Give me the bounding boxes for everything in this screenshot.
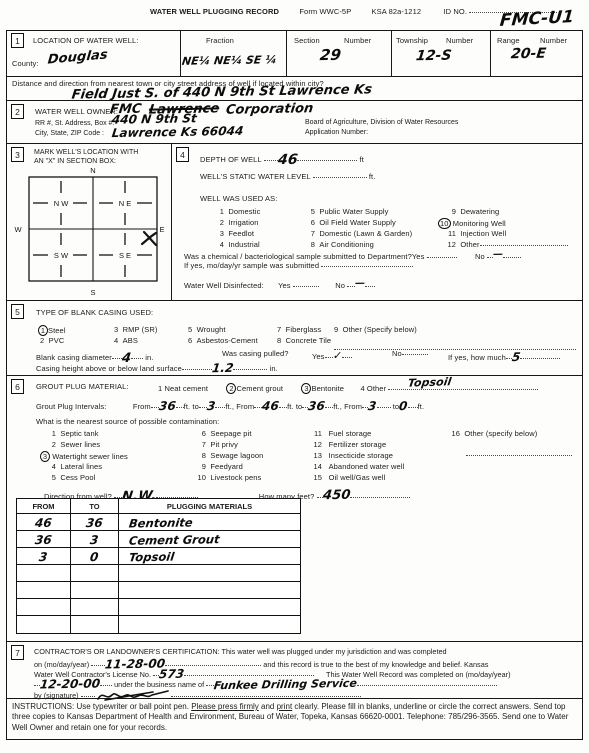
compass-west-label: W bbox=[14, 225, 22, 234]
how-much-value: 5 bbox=[511, 351, 521, 363]
contam-num: 16 bbox=[444, 430, 460, 439]
section1-title: LOCATION OF WATER WELL: bbox=[33, 37, 139, 46]
casing-label: ABS bbox=[123, 336, 138, 345]
fraction-label: Fraction bbox=[206, 37, 234, 46]
grout-intervals-line: Grout Plug Intervals: From36ft. to3ft., … bbox=[36, 399, 424, 412]
cell-from: 3 bbox=[39, 551, 49, 563]
depth-label: DEPTH OF WELL bbox=[200, 155, 261, 164]
address-value: 440 N 9th St bbox=[111, 112, 197, 125]
interval2-to: 36 bbox=[308, 400, 326, 412]
contam-num: 2 bbox=[44, 441, 56, 450]
casing-num: 6 bbox=[188, 336, 192, 345]
contam-num: 8 bbox=[192, 452, 206, 461]
casing-label: Steel bbox=[48, 326, 66, 335]
id-no-handwritten-value: FMC-U1 bbox=[499, 9, 575, 30]
contam-num: 13 bbox=[306, 452, 322, 461]
casing-num: 5 bbox=[188, 325, 192, 334]
disinfected-yes-label: Yes bbox=[278, 281, 291, 290]
plugging-materials-table: FROM TO PLUGGING MATERIALS 46 36 Bentoni… bbox=[16, 498, 301, 634]
casing-num: 2 bbox=[40, 336, 44, 345]
static-level-label: WELL'S STATIC WATER LEVEL bbox=[200, 172, 310, 181]
ft-word: ft. bbox=[184, 402, 191, 411]
contam-label: Feedyard bbox=[210, 462, 243, 471]
section5-title: TYPE OF BLANK CASING USED: bbox=[36, 309, 153, 318]
cell-to: 36 bbox=[85, 517, 103, 529]
contam-label: Insecticide storage bbox=[329, 451, 393, 460]
contam-label: Fertilizer storage bbox=[329, 440, 387, 449]
contam-num: 1 bbox=[44, 430, 56, 439]
how-much-line: If yes, how much5 bbox=[448, 350, 560, 363]
cell-material: Topsoil bbox=[128, 552, 175, 564]
material-num-circled: 2 bbox=[226, 383, 236, 394]
cell-to: 0 bbox=[90, 551, 100, 563]
range-value: 20-E bbox=[510, 47, 547, 62]
dotted-line bbox=[131, 356, 143, 359]
contam-label: Abandoned water well bbox=[329, 462, 405, 471]
contam-num-circled: 3 bbox=[40, 451, 50, 462]
dotted-line bbox=[408, 405, 418, 408]
compass-south-label: S bbox=[90, 288, 95, 297]
material-num: 1 bbox=[158, 384, 162, 393]
section1-number-box: 1 bbox=[11, 33, 24, 48]
material-label: Other bbox=[367, 384, 386, 393]
interval3-to: 0 bbox=[398, 400, 408, 412]
material-label: Neat cement bbox=[164, 384, 208, 393]
statute-number: KSA 82a-1212 bbox=[372, 7, 422, 16]
dotted-line bbox=[91, 663, 105, 666]
use-label: Feedlot bbox=[228, 229, 254, 238]
use-label: Public Water Supply bbox=[319, 207, 388, 216]
contam-label: Sewer lines bbox=[60, 440, 100, 449]
use-num: 3 bbox=[212, 230, 224, 239]
divider bbox=[391, 31, 392, 76]
dotted-line bbox=[182, 367, 212, 370]
contam-label: Other (specify below) bbox=[464, 429, 537, 438]
compass-east-label: E bbox=[159, 225, 164, 234]
township-value: 12-S bbox=[415, 49, 452, 64]
dotted-line bbox=[293, 284, 319, 287]
owner-label: WATER WELL OWNER: bbox=[35, 108, 118, 117]
cell-material: Cement Grout bbox=[128, 534, 220, 547]
table-row bbox=[17, 599, 300, 616]
from-word: From bbox=[236, 402, 254, 411]
disinfected-line: Water Well Disinfected: Yes No — bbox=[184, 281, 375, 291]
depth-unit: ft bbox=[360, 155, 364, 164]
contam-num: 6 bbox=[192, 430, 206, 439]
county-label: County: bbox=[12, 60, 39, 69]
depth-of-well-line: DEPTH OF WELL 46 ft bbox=[200, 151, 364, 165]
use-label: Oil Field Water Supply bbox=[319, 218, 396, 227]
disinfected-no-label: No bbox=[335, 281, 345, 290]
ft-comma-word: ft., bbox=[225, 402, 234, 411]
interval1-to: 3 bbox=[206, 400, 216, 412]
use-num: 7 bbox=[303, 230, 315, 239]
sample-question-label: Was a chemical / bacteriological sample … bbox=[184, 252, 424, 261]
range-number-label: Number bbox=[540, 37, 567, 46]
section-number-label: Number bbox=[344, 37, 371, 46]
interval2-from: 46 bbox=[261, 400, 279, 412]
board-of-agriculture-label: Board of Agriculture, Division of Water … bbox=[305, 119, 458, 127]
use-label: Irrigation bbox=[228, 218, 258, 227]
quadrant-nw-label: N W bbox=[54, 199, 70, 208]
casing-num: 3 bbox=[114, 325, 118, 334]
dotted-line bbox=[199, 405, 207, 408]
yes-checkmark: ✓ bbox=[332, 350, 343, 361]
dotted-line bbox=[325, 405, 333, 408]
depth-value: 46 bbox=[277, 153, 298, 167]
section7-number-box: 7 bbox=[11, 645, 24, 660]
sample-no-handwritten-mark: — bbox=[492, 250, 503, 260]
dotted-line bbox=[357, 683, 497, 686]
dotted-line bbox=[503, 255, 521, 258]
dotted-line bbox=[297, 158, 357, 161]
dotted-line bbox=[325, 355, 333, 358]
interval3-from: 3 bbox=[367, 400, 377, 412]
use-label: Domestic bbox=[228, 207, 260, 216]
casing-num: 4 bbox=[114, 336, 118, 345]
contam-label: Cess Pool bbox=[60, 473, 95, 482]
contam-num: 10 bbox=[192, 474, 206, 483]
section2-number-box: 2 bbox=[11, 104, 24, 119]
table-row bbox=[17, 565, 300, 582]
contam-label: Septic tank bbox=[60, 429, 98, 438]
section-location-grid: N S W E N W N E S W S E bbox=[8, 164, 166, 298]
table-header-row: FROM TO PLUGGING MATERIALS bbox=[17, 499, 300, 514]
dotted-line bbox=[215, 405, 225, 408]
material-label: Bentonite bbox=[311, 384, 344, 393]
use-num: 5 bbox=[303, 208, 315, 217]
section3-number-box: 3 bbox=[11, 147, 24, 162]
dotted-line bbox=[81, 694, 95, 697]
dotted-line bbox=[171, 694, 361, 697]
contam-num: 5 bbox=[44, 474, 56, 483]
casing-num: 9 bbox=[334, 325, 338, 334]
contam-num: 15 bbox=[306, 474, 322, 483]
contam-label: Lateral lines bbox=[60, 462, 102, 471]
use-label: Dewatering bbox=[460, 207, 499, 216]
casing-label: RMP (SR) bbox=[123, 325, 158, 334]
casing-num: 7 bbox=[277, 325, 281, 334]
contam-num: 9 bbox=[192, 463, 206, 472]
casing-label: Concrete Tile bbox=[286, 336, 332, 345]
id-no-label: ID NO. bbox=[444, 7, 468, 16]
use-num: 11 bbox=[438, 230, 456, 239]
instructions-part2: and bbox=[261, 702, 274, 711]
how-much-label: If yes, how much bbox=[448, 353, 506, 362]
instructions-part1: Use typewriter or ball point pen. bbox=[76, 702, 189, 711]
use-num: 12 bbox=[438, 241, 456, 250]
table-row: 36 3 Cement Grout bbox=[17, 531, 300, 548]
static-level-unit: ft. bbox=[369, 172, 376, 181]
section6-number-box: 6 bbox=[11, 379, 24, 394]
application-number-label: Application Number: bbox=[305, 129, 368, 137]
casing-pulled-label: Was casing pulled? bbox=[222, 350, 289, 359]
contam-num: 7 bbox=[192, 441, 206, 450]
dotted-line bbox=[342, 355, 352, 358]
contam-num: 11 bbox=[306, 430, 322, 439]
address-label: RR #, St. Address, Box #: bbox=[35, 120, 114, 128]
divider bbox=[171, 144, 172, 300]
city-value: Lawrence Ks 66044 bbox=[111, 125, 244, 139]
divider bbox=[180, 31, 181, 76]
table-row: 46 36 Bentonite bbox=[17, 514, 300, 531]
form-title: WATER WELL PLUGGING RECORD bbox=[150, 7, 279, 16]
contam-num: 14 bbox=[306, 463, 322, 472]
casing-label: PVC bbox=[49, 336, 65, 345]
certification-line1: CONTRACTOR'S OR LANDOWNER'S CERTIFICATIO… bbox=[34, 647, 447, 656]
ft-word: ft. bbox=[287, 402, 294, 411]
disinfected-no-handwritten-mark: — bbox=[355, 279, 366, 289]
dotted-line bbox=[466, 453, 572, 456]
section-label: Section bbox=[294, 37, 320, 46]
instructions-underline2: print bbox=[277, 702, 293, 711]
static-water-level-line: WELL'S STATIC WATER LEVEL ft. bbox=[200, 173, 375, 182]
col-header-from: FROM bbox=[17, 499, 71, 514]
interval1-from: 36 bbox=[158, 400, 176, 412]
contam-label: Fuel storage bbox=[329, 429, 372, 438]
range-label: Range bbox=[497, 37, 520, 46]
dotted-line bbox=[350, 495, 410, 498]
use-num: 4 bbox=[212, 241, 224, 250]
use-num: 8 bbox=[303, 241, 315, 250]
dotted-line bbox=[279, 405, 287, 408]
dotted-line bbox=[313, 175, 367, 178]
contam-label: Pit privy bbox=[210, 440, 238, 449]
from-word: From bbox=[133, 402, 151, 411]
use-label: Industrial bbox=[228, 240, 259, 249]
quadrant-ne-label: N E bbox=[119, 199, 132, 208]
no-label: No bbox=[392, 349, 402, 358]
township-number-label: Number bbox=[446, 37, 473, 46]
height-unit: in. bbox=[270, 364, 278, 373]
quadrant-sw-label: S W bbox=[54, 251, 69, 260]
sample-no-label: No bbox=[475, 252, 485, 261]
fraction-value: NE¼ NE¼ SE ¼ bbox=[181, 54, 277, 67]
dotted-line bbox=[520, 356, 560, 359]
use-label: Other bbox=[460, 240, 479, 249]
cell-from: 36 bbox=[34, 534, 52, 546]
grout-materials-line: 1 Neat cement 2Cement grout 3Bentonite 4… bbox=[158, 383, 538, 394]
casing-height-line: Casing height above or below land surfac… bbox=[36, 361, 278, 374]
material-num: 4 bbox=[360, 384, 364, 393]
ft-word: ft. bbox=[418, 402, 425, 411]
dotted-line bbox=[165, 663, 261, 666]
well-location-x-mark bbox=[142, 232, 156, 245]
form-number: Form WWC-5P bbox=[299, 7, 351, 16]
section5-number-box: 5 bbox=[11, 304, 24, 319]
use-num: 9 bbox=[438, 208, 456, 217]
instructions-label: INSTRUCTIONS: bbox=[12, 702, 74, 711]
casing-num: 8 bbox=[277, 336, 281, 345]
city-label: City, State, ZIP Code : bbox=[35, 130, 104, 138]
contamination-question-label: What is the nearest source of possible c… bbox=[36, 418, 219, 427]
contam-label: Oil well/Gas well bbox=[329, 473, 386, 482]
yes-label: Yes bbox=[312, 352, 325, 361]
use-num: 2 bbox=[212, 219, 224, 228]
dotted-line bbox=[264, 158, 278, 161]
quadrant-se-label: S E bbox=[119, 251, 131, 260]
height-value: 1.2 bbox=[211, 362, 234, 374]
casing-label: Fiberglass bbox=[286, 325, 322, 334]
dotted-line bbox=[184, 673, 314, 676]
casing-pulled-yes: Yes✓ bbox=[312, 350, 352, 362]
divider bbox=[286, 31, 287, 76]
disinfected-label: Water Well Disinfected: bbox=[184, 281, 264, 290]
if-yes-sample-line: If yes, mo/day/yr sample was submitted bbox=[184, 262, 413, 271]
use-label: Monitoring Well bbox=[453, 219, 506, 228]
contam-num: 4 bbox=[44, 463, 56, 472]
dotted-line bbox=[377, 405, 391, 408]
dotted-line bbox=[402, 352, 428, 355]
use-label: Domestic (Lawn & Garden) bbox=[319, 229, 412, 238]
dotted-line bbox=[151, 405, 159, 408]
township-label: Township bbox=[396, 37, 428, 46]
use-label: Injection Well bbox=[460, 229, 506, 238]
section-value: 29 bbox=[319, 48, 342, 63]
use-num-circled: 10 bbox=[438, 218, 451, 229]
casing-num-circled: 1 bbox=[38, 325, 48, 336]
section3-title-line1: MARK WELL'S LOCATION WITH bbox=[34, 149, 138, 157]
compass-north-label: N bbox=[90, 166, 95, 175]
material-label: Cement grout bbox=[236, 384, 283, 393]
from-word: From bbox=[344, 402, 362, 411]
contam-num: 12 bbox=[306, 441, 322, 450]
material-num-circled: 3 bbox=[301, 383, 311, 394]
contam-label: Livestock pens bbox=[210, 473, 261, 482]
col-header-materials: PLUGGING MATERIALS bbox=[119, 499, 300, 514]
dotted-line bbox=[233, 367, 267, 370]
contam-label: Seepage pit bbox=[210, 429, 251, 438]
feet-value: 450 bbox=[322, 489, 351, 502]
form-header: WATER WELL PLUGGING RECORD Form WWC-5P K… bbox=[150, 8, 557, 17]
instructions-underline1: Please press firmly bbox=[191, 702, 259, 711]
height-label: Casing height above or below land surfac… bbox=[36, 364, 182, 373]
dotted-line bbox=[321, 264, 413, 267]
casing-pulled-no: No bbox=[392, 350, 428, 359]
dotted-line bbox=[480, 243, 568, 246]
cell-from: 46 bbox=[34, 517, 52, 529]
section4-number-box: 4 bbox=[176, 147, 189, 162]
table-row bbox=[17, 582, 300, 599]
well-used-as-label: WELL WAS USED AS: bbox=[200, 195, 277, 204]
water-well-plugging-record-form: WATER WELL PLUGGING RECORD Form WWC-5P K… bbox=[0, 0, 589, 753]
cell-material: Bentonite bbox=[128, 517, 193, 530]
use-num: 1 bbox=[212, 208, 224, 217]
contam-label: Watertight sewer lines bbox=[52, 452, 128, 461]
intervals-label: Grout Plug Intervals: bbox=[36, 402, 106, 411]
table-row: 3 0 Topsoil bbox=[17, 548, 300, 565]
dotted-line bbox=[427, 255, 457, 258]
dotted-line bbox=[365, 284, 375, 287]
table-row bbox=[17, 616, 300, 633]
use-label: Air Conditioning bbox=[319, 240, 374, 249]
dotted-line bbox=[176, 405, 184, 408]
dotted-line bbox=[100, 683, 112, 686]
contam-label: Sewage lagoon bbox=[210, 451, 263, 460]
section6-title: GROUT PLUG MATERIAL: bbox=[36, 383, 129, 392]
ft-comma-word: ft., bbox=[333, 402, 342, 411]
casing-label: Asbestos-Cement bbox=[197, 336, 258, 345]
instructions-text: INSTRUCTIONS: Use typewriter or ball poi… bbox=[12, 702, 578, 733]
casing-label: Wrought bbox=[197, 325, 226, 334]
use-num: 6 bbox=[303, 219, 315, 228]
col-header-to: TO bbox=[71, 499, 119, 514]
casing-label: Other (Specify below) bbox=[343, 325, 417, 334]
dotted-line bbox=[112, 356, 122, 359]
owner-name-part2: Corporation bbox=[225, 102, 314, 117]
if-yes-label: If yes, mo/day/yr sample was submitted bbox=[184, 261, 319, 270]
divider bbox=[490, 31, 491, 76]
grout-other-value: Topsoil bbox=[407, 376, 452, 389]
cell-to: 3 bbox=[90, 534, 100, 546]
